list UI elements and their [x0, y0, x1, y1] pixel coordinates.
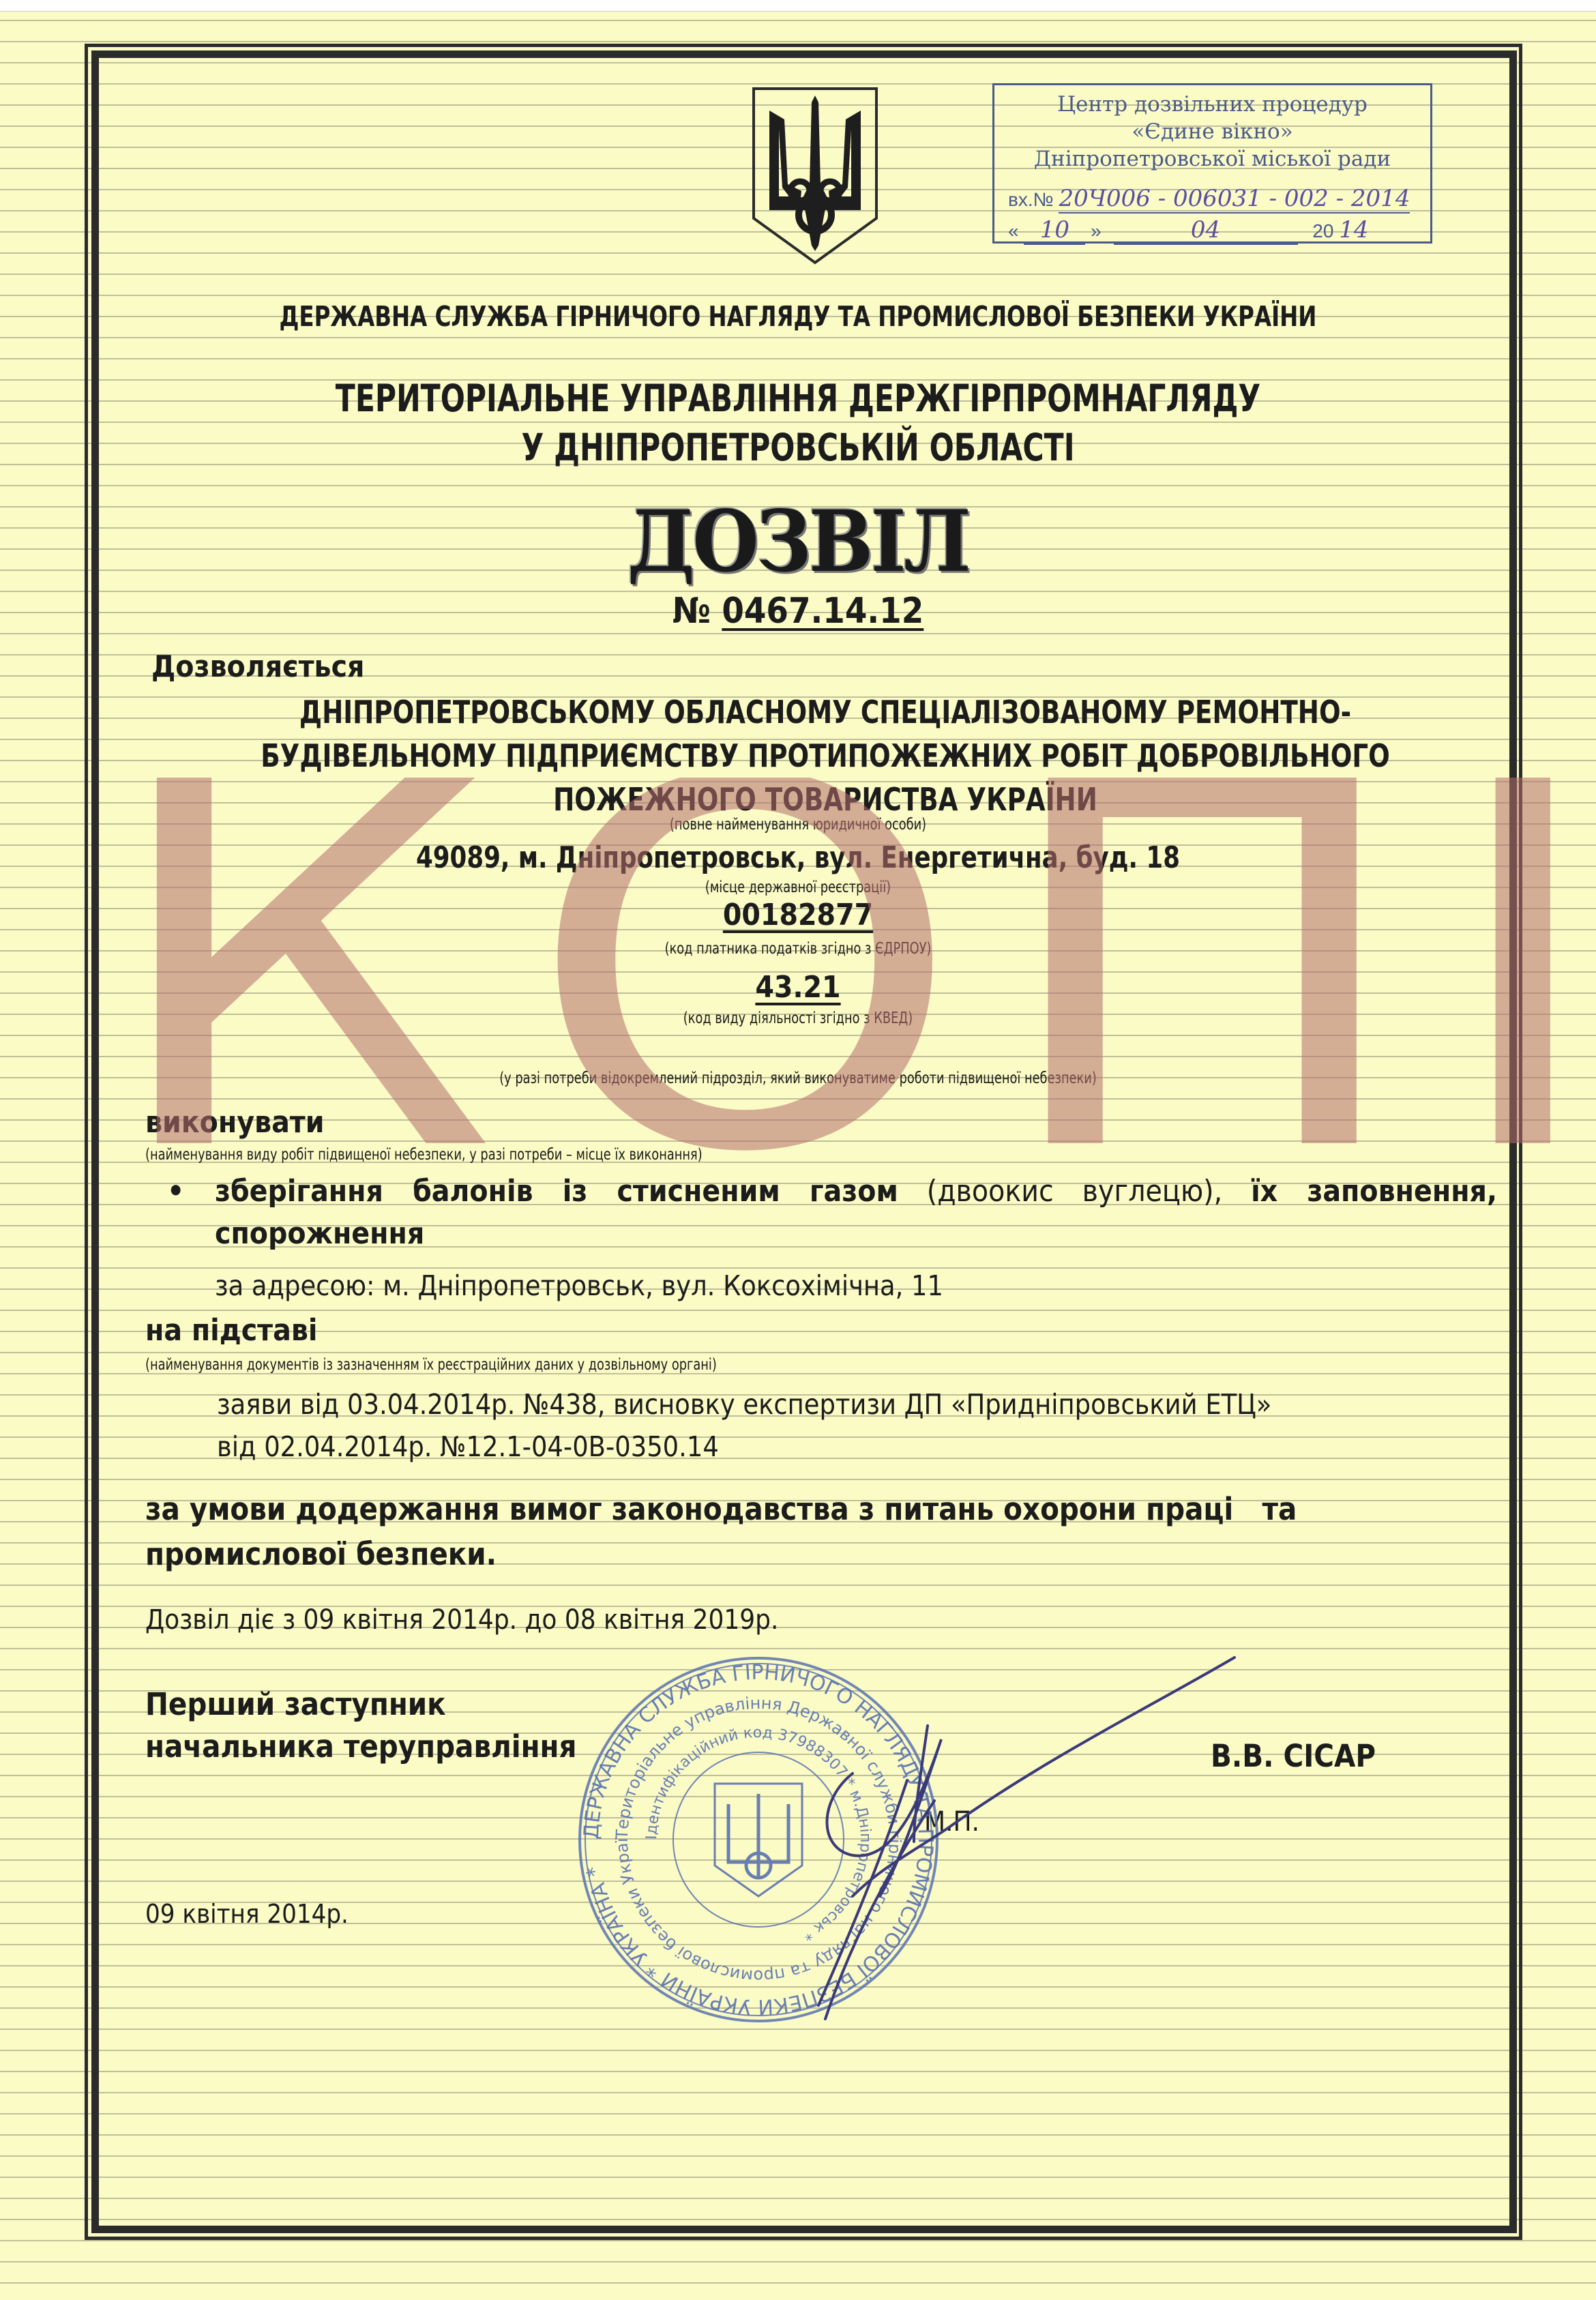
subdivision-note: (у разі потреби відокремлений підрозділ,…	[112, 1070, 1484, 1087]
stamp-date: « 10 » 04 20 14	[1008, 216, 1424, 245]
kved-note-row: (код виду діяльності згідно з КВЕД)	[0, 1009, 1596, 1027]
perform-note: (найменування виду робіт підвищеної небе…	[145, 1146, 703, 1164]
grantee-name-note-row: (повне найменування юридичної особи)	[0, 816, 1596, 834]
edrpou-note: (код платника податків згідно з ЄДРПОУ)	[112, 940, 1484, 958]
stamp-line-3: Дніпропетровської міської ради	[994, 145, 1430, 173]
signatory-name: В.В. СІСАР	[1211, 1738, 1376, 1774]
work-item: • зберігання балонів із стисненим газом …	[167, 1170, 1497, 1307]
registration-address-note-row: (місце державної реєстрації)	[0, 879, 1596, 896]
grantee-name-line-2: БУДІВЕЛЬНОМУ ПІДПРИЄМСТВУ ПРОТИПОЖЕЖНИХ …	[224, 734, 1427, 778]
registration-address-note: (місце державної реєстрації)	[112, 879, 1484, 896]
registration-address-row: 49089, м. Дніпропетровськ, вул. Енергети…	[0, 840, 1596, 875]
kved-note: (код виду діяльності згідно з КВЕД)	[112, 1009, 1484, 1027]
document-title: ДОЗВІЛ	[80, 492, 1516, 591]
stamp-incoming-number: вх.№ 20Ч006 - 006031 - 002 - 2014	[1008, 185, 1410, 212]
date-open-quote: «	[1008, 220, 1019, 241]
kved-row: 43.21	[0, 970, 1596, 1005]
signatory-title-line-1: Перший заступник	[145, 1683, 577, 1726]
date-year-prefix: 20	[1312, 220, 1333, 241]
basis-label: на підставі	[145, 1313, 317, 1348]
grantee-name-line-1: ДНІПРОПЕТРОВСЬКОМУ ОБЛАСНОМУ СПЕЦІАЛІЗОВ…	[224, 690, 1427, 734]
territorial-office-line-1: ТЕРИТОРІАЛЬНЕ УПРАВЛІННЯ ДЕРЖГІРПРОМНАГЛ…	[112, 374, 1484, 423]
work-description-line-2: спорожнення	[215, 1213, 1497, 1255]
incoming-label: вх.№	[1008, 189, 1054, 210]
basis-documents: заяви від 03.04.2014р. №438, висновку ек…	[217, 1371, 1271, 1468]
territorial-office-heading: ТЕРИТОРІАЛЬНЕ УПРАВЛІННЯ ДЕРЖГІРПРОМНАГЛ…	[112, 374, 1484, 472]
signatory-title-line-2: начальника теруправління	[145, 1726, 577, 1768]
work-filling-text: їх заповнення,	[1251, 1174, 1497, 1209]
stamp-line-1: Центр дозвільних процедур	[994, 91, 1430, 118]
work-address: за адресою: м. Дніпропетровськ, вул. Кок…	[215, 1265, 1497, 1307]
basis-line-1: заяви від 03.04.2014р. №438, висновку ек…	[217, 1383, 1271, 1426]
date-month-handwritten: 04	[1114, 216, 1298, 245]
edrpou-note-row: (код платника податків згідно з ЄДРПОУ)	[0, 940, 1596, 958]
authority-heading: ДЕРЖАВНА СЛУЖБА ГІРНИЧОГО НАГЛЯДУ ТА ПРО…	[95, 300, 1500, 333]
work-storage-text: зберігання балонів із стисненим газом	[215, 1174, 898, 1209]
date-year-handwritten: 14	[1339, 216, 1368, 244]
subdivision-note-row: (у разі потреби відокремлений підрозділ,…	[0, 1070, 1596, 1087]
bullet-icon: •	[167, 1170, 184, 1213]
trident-coat-of-arms-icon	[747, 82, 883, 273]
condition-line-2: промислової безпеки.	[145, 1532, 1441, 1577]
condition-line-1: за умови додержання вимог законодавства …	[145, 1487, 1441, 1532]
permit-number-value: 0467.14.12	[722, 591, 923, 632]
validity-period: Дозвіл діє з 09 квітня 2014р. до 08 квіт…	[145, 1604, 778, 1636]
scan-top-margin	[0, 0, 1596, 12]
stamp-line-2: «Єдине вікно»	[994, 118, 1430, 145]
edrpou-code: 00182877	[723, 898, 873, 932]
permit-number: № 0467.14.12	[0, 591, 1596, 632]
date-day-handwritten: 10	[1024, 216, 1085, 245]
registration-stamp: Центр дозвільних процедур «Єдине вікно» …	[992, 83, 1432, 244]
perform-label: виконувати	[145, 1105, 324, 1140]
grantee-name-note: (повне найменування юридичної особи)	[112, 816, 1484, 834]
permitted-label: Дозволяється	[151, 649, 364, 684]
territorial-office-line-2: У ДНІПРОПЕТРОВСЬКІЙ ОБЛАСТІ	[112, 423, 1484, 472]
work-gas-type: (двоокис вуглецю),	[898, 1174, 1251, 1209]
incoming-number-handwritten: 20Ч006 - 006031 - 002 - 2014	[1059, 185, 1410, 213]
issue-date: 09 квітня 2014р.	[145, 1899, 349, 1929]
work-description-line-1: зберігання балонів із стисненим газом (д…	[215, 1170, 1497, 1213]
registration-address: 49089, м. Дніпропетровськ, вул. Енергети…	[80, 840, 1516, 875]
grantee-name: ДНІПРОПЕТРОВСЬКОМУ ОБЛАСНОМУ СПЕЦІАЛІЗОВ…	[224, 690, 1427, 821]
number-sign: №	[673, 591, 711, 632]
kved-code: 43.21	[755, 970, 840, 1005]
edrpou-row: 00182877	[0, 898, 1596, 932]
signatory-title: Перший заступник начальника теруправлінн…	[145, 1683, 577, 1768]
condition-text: за умови додержання вимог законодавства …	[145, 1487, 1441, 1577]
grantee-name-line-3: ПОЖЕЖНОГО ТОВАРИСТВА УКРАЇНИ	[224, 778, 1427, 821]
date-close-quote: »	[1091, 220, 1102, 241]
official-seal-icon: ДЕРЖАВНА СЛУЖБА ГІРНИЧОГО НАГЛЯДУ ТА ПРО…	[573, 1654, 945, 2026]
basis-line-2: від 02.04.2014р. №12.1-04-0В-0350.14	[217, 1426, 1271, 1468]
